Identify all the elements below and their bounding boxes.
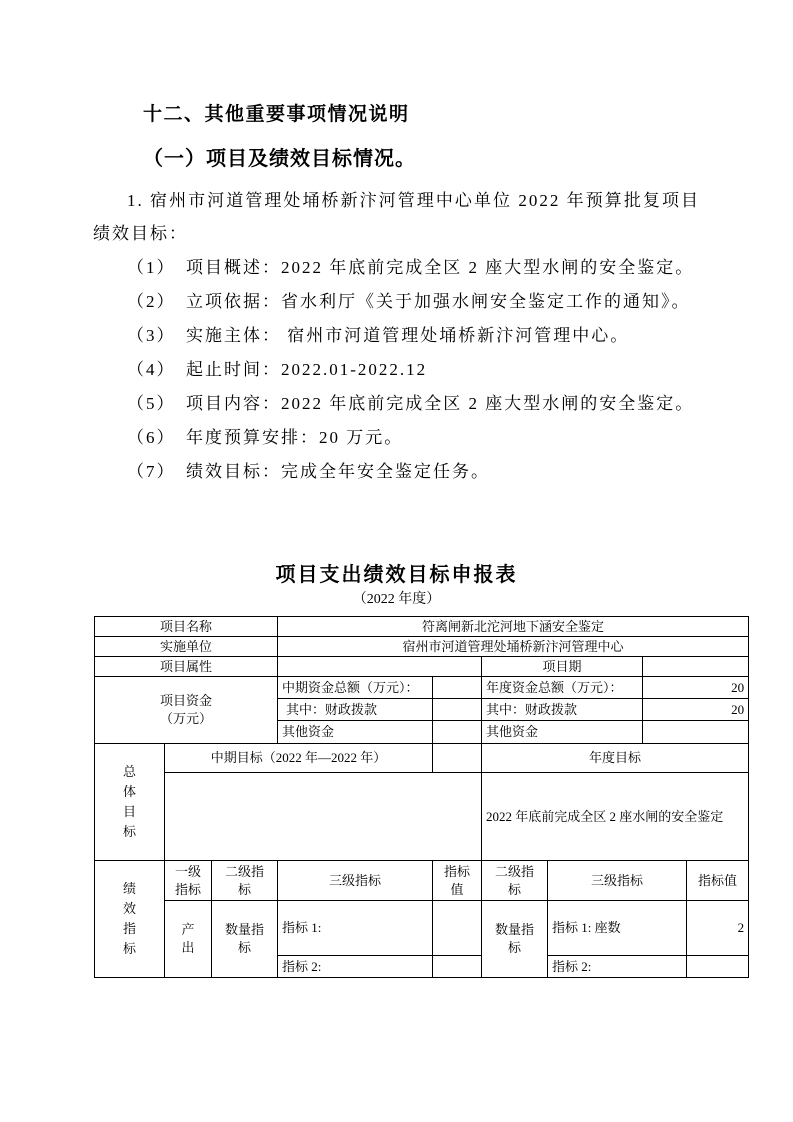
section-heading: 十二、其他重要事项情况说明 bbox=[143, 101, 700, 128]
body-paragraph: （4） 起止时间：2022.01-2022.12 bbox=[93, 353, 700, 386]
table-row: 2022 年底前完成全区 2 座水闸的安全鉴定 bbox=[95, 773, 749, 861]
body-paragraph: （5） 项目内容：2022 年底前完成全区 2 座大型水闸的安全鉴定。 bbox=[93, 387, 700, 420]
performance-label-text: 绩效指标 bbox=[122, 879, 137, 959]
annual-total-label: 年度资金总额（万元）： bbox=[482, 677, 643, 699]
level2-right-header: 二级指 标 bbox=[482, 861, 548, 901]
body-paragraph: （1） 项目概述：2022 年底前完成全区 2 座大型水闸的安全鉴定。 bbox=[93, 251, 700, 284]
mid-total-value bbox=[433, 677, 482, 699]
table-row: 总体目标 中期目标（2022 年—2022 年） 年度目标 bbox=[95, 744, 749, 773]
annual-fiscal-value: 20 bbox=[643, 699, 749, 721]
mid-fiscal-value bbox=[433, 699, 482, 721]
mid-goal-header: 中期目标（2022 年—2022 年） bbox=[165, 744, 433, 773]
performance-label: 绩效指标 bbox=[95, 861, 165, 978]
mid-other-value bbox=[433, 721, 482, 744]
annual-goal-value: 2022 年底前完成全区 2 座水闸的安全鉴定 bbox=[482, 773, 749, 861]
indicator2-right-label: 指标 2: bbox=[548, 956, 687, 978]
document-page: 十二、其他重要事项情况说明 （一）项目及绩效目标情况。 1. 宿州市河道管理处埇… bbox=[0, 0, 793, 1122]
indicator1-left-label: 指标 1: bbox=[278, 901, 433, 956]
indicator2-right-value bbox=[687, 956, 749, 978]
body-paragraph: （7） 绩效目标：完成全年安全鉴定任务。 bbox=[93, 455, 700, 488]
form-subtitle: （2022 年度） bbox=[93, 591, 700, 609]
mid-goal-header-spacer bbox=[433, 744, 482, 773]
level2-right-value: 数量指 标 bbox=[482, 901, 548, 978]
annual-goal-header: 年度目标 bbox=[482, 744, 749, 773]
table-row: 项目资金 （万元） 中期资金总额（万元）： 年度资金总额（万元）： 20 bbox=[95, 677, 749, 699]
body-paragraph: （6） 年度预算安排：20 万元。 bbox=[93, 421, 700, 454]
body-paragraph: （3） 实施主体： 宿州市河道管理处埇桥新汴河管理中心。 bbox=[93, 319, 700, 352]
level3-left-header: 三级指标 bbox=[278, 861, 433, 901]
table-row: 绩效指标 一级 指标 二级指 标 三级指标 指标 值 二级指 标 三级指标 指标… bbox=[95, 861, 749, 901]
indicator1-right-label: 指标 1: 座数 bbox=[548, 901, 687, 956]
level3-right-header: 三级指标 bbox=[548, 861, 687, 901]
period-label: 项目期 bbox=[482, 657, 643, 677]
annual-other-label: 其他资金 bbox=[482, 721, 643, 744]
form-title: 项目支出绩效目标申报表 bbox=[93, 562, 700, 588]
mid-fiscal-label: 其中：财政拨款 bbox=[278, 699, 433, 721]
declaration-table: 项目名称 符离闸新北沱河地下涵安全鉴定 实施单位 宿州市河道管理处埇桥新汴河管理… bbox=[94, 616, 749, 978]
level2-left-value: 数量指 标 bbox=[212, 901, 278, 978]
body-paragraph: 1. 宿州市河道管理处埇桥新汴河管理中心单位 2022 年预算批复项目绩效目标： bbox=[93, 184, 700, 250]
attribute-value bbox=[278, 657, 482, 677]
value-right-header: 指标值 bbox=[687, 861, 749, 901]
section-subheading: （一）项目及绩效目标情况。 bbox=[143, 145, 700, 173]
project-name-value: 符离闸新北沱河地下涵安全鉴定 bbox=[278, 617, 749, 637]
attribute-label: 项目属性 bbox=[95, 657, 278, 677]
overall-goal-label-text: 总体目标 bbox=[122, 762, 137, 842]
project-name-label: 项目名称 bbox=[95, 617, 278, 637]
indicator2-left-value bbox=[433, 956, 482, 978]
mid-total-label: 中期资金总额（万元）： bbox=[278, 677, 433, 699]
mid-other-label: 其他资金 bbox=[278, 721, 433, 744]
level1-header: 一级 指标 bbox=[165, 861, 212, 901]
funds-label: 项目资金 （万元） bbox=[95, 677, 278, 744]
table-row: 项目名称 符离闸新北沱河地下涵安全鉴定 bbox=[95, 617, 749, 637]
indicator1-right-value: 2 bbox=[687, 901, 749, 956]
table-row: 产 出 数量指 标 指标 1: 数量指 标 指标 1: 座数 2 bbox=[95, 901, 749, 956]
implement-unit-value: 宿州市河道管理处埇桥新汴河管理中心 bbox=[278, 637, 749, 657]
indicator2-left-label: 指标 2: bbox=[278, 956, 433, 978]
body-paragraph: （2） 立项依据：省水利厅《关于加强水闸安全鉴定工作的通知》。 bbox=[93, 285, 700, 318]
indicator1-left-value bbox=[433, 901, 482, 956]
overall-goal-label: 总体目标 bbox=[95, 744, 165, 861]
document-body: 十二、其他重要事项情况说明 （一）项目及绩效目标情况。 1. 宿州市河道管理处埇… bbox=[0, 0, 793, 978]
annual-total-value: 20 bbox=[643, 677, 749, 699]
level1-value: 产 出 bbox=[165, 901, 212, 978]
period-value bbox=[643, 657, 749, 677]
implement-unit-label: 实施单位 bbox=[95, 637, 278, 657]
level2-left-header: 二级指 标 bbox=[212, 861, 278, 901]
table-row: 项目属性 项目期 bbox=[95, 657, 749, 677]
annual-other-value bbox=[643, 721, 749, 744]
annual-fiscal-label: 其中：财政拨款 bbox=[482, 699, 643, 721]
mid-goal-value bbox=[165, 773, 482, 861]
table-row: 实施单位 宿州市河道管理处埇桥新汴河管理中心 bbox=[95, 637, 749, 657]
value-left-header: 指标 值 bbox=[433, 861, 482, 901]
